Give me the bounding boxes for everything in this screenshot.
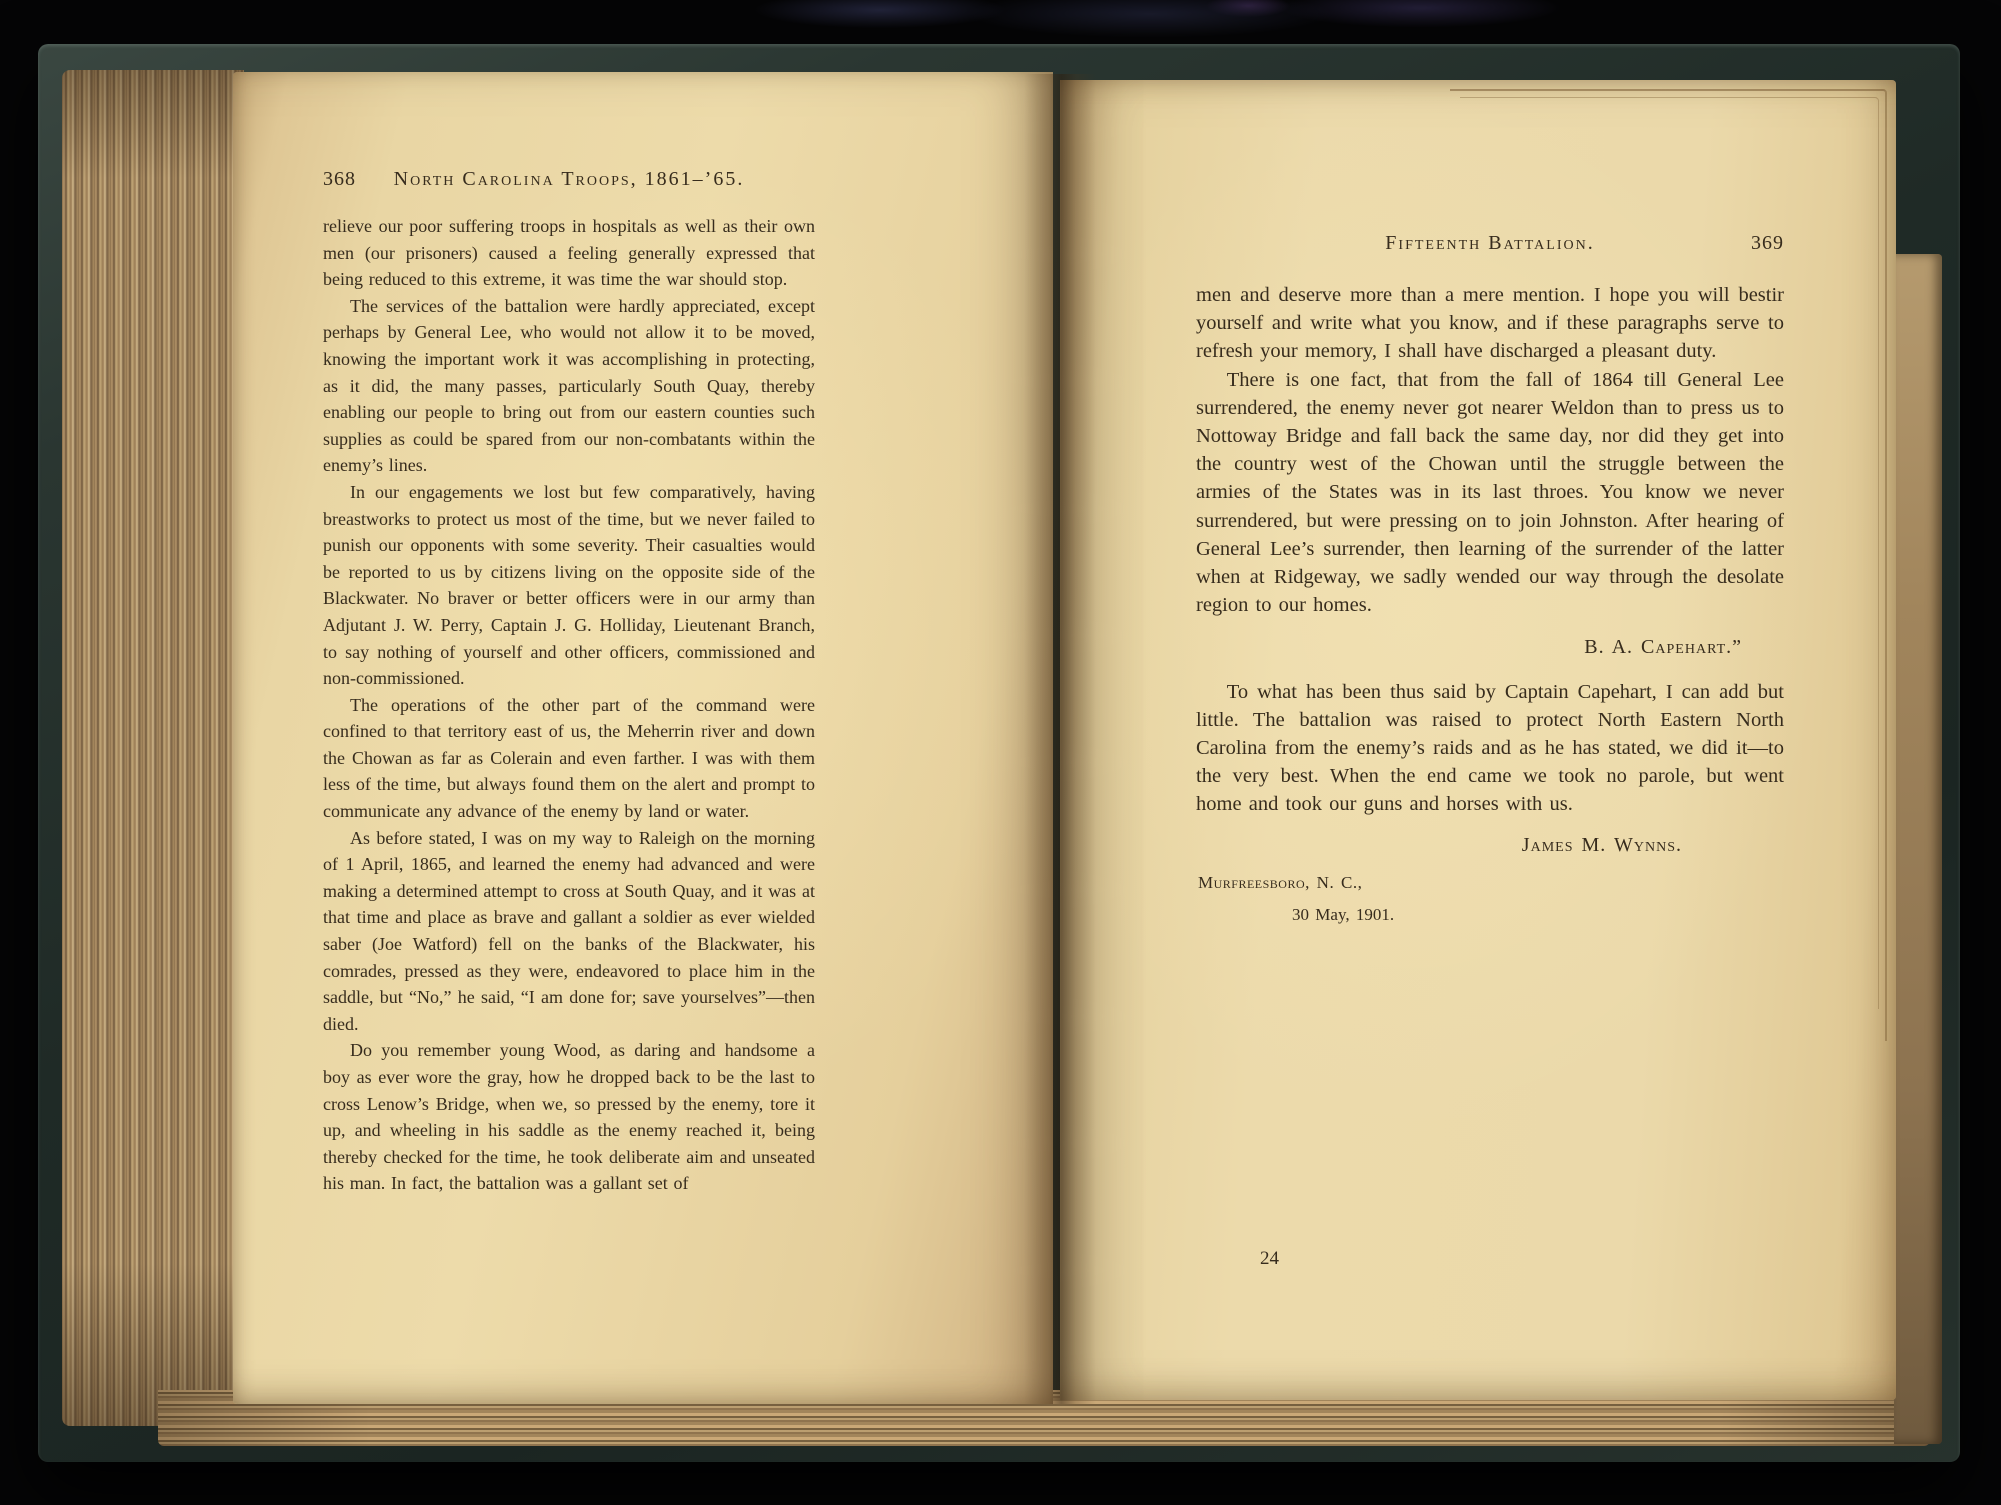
- left-page-edges: [62, 70, 244, 1426]
- paragraph: As before stated, I was on my way to Ral…: [323, 825, 815, 1038]
- dateline-place: Murfreesboro, N. C.,: [1198, 869, 1784, 897]
- signature-mark: 24: [1260, 1248, 1279, 1270]
- paragraph: There is one fact, that from the fall of…: [1196, 366, 1784, 620]
- left-page: 368 North Carolina Troops, 1861–’65. rel…: [233, 72, 1053, 1404]
- photo-background: 368 North Carolina Troops, 1861–’65. rel…: [0, 0, 2001, 1505]
- paragraph: The operations of the other part of the …: [323, 692, 815, 825]
- left-text-block: 368 North Carolina Troops, 1861–’65. rel…: [323, 168, 815, 1197]
- right-text-block: Fifteenth Battalion. 369 men and deserve…: [1196, 232, 1784, 929]
- left-header-title: North Carolina Troops, 1861–’65.: [394, 168, 745, 190]
- paragraph: To what has been thus said by Captain Ca…: [1196, 678, 1784, 819]
- signature-capehart: B. A. Capehart.”: [1196, 633, 1784, 661]
- right-header-title: Fifteenth Battalion.: [1385, 232, 1594, 254]
- left-running-head: 368 North Carolina Troops, 1861–’65.: [323, 168, 815, 191]
- right-body-text: men and deserve more than a mere mention…: [1196, 281, 1784, 929]
- right-fore-edge: [1894, 254, 1942, 1444]
- book-cover: 368 North Carolina Troops, 1861–’65. rel…: [38, 44, 1960, 1462]
- paragraph: The services of the battalion were hardl…: [323, 293, 815, 479]
- paragraph: men and deserve more than a mere mention…: [1196, 281, 1784, 366]
- dateline-date: 30 May, 1901.: [1292, 901, 1784, 929]
- paragraph: In our engagements we lost but few compa…: [323, 479, 815, 692]
- paragraph: Do you remember young Wood, as daring an…: [323, 1037, 815, 1197]
- signature-wynns: James M. Wynns.: [1196, 831, 1784, 859]
- right-page-number: 369: [1751, 232, 1784, 255]
- left-page-number: 368: [323, 168, 356, 191]
- right-running-head: Fifteenth Battalion. 369: [1196, 232, 1784, 255]
- left-body-text: relieve our poor suffering troops in hos…: [323, 213, 815, 1197]
- paragraph: relieve our poor suffering troops in hos…: [323, 213, 815, 293]
- right-page: Fifteenth Battalion. 369 men and deserve…: [1060, 80, 1896, 1400]
